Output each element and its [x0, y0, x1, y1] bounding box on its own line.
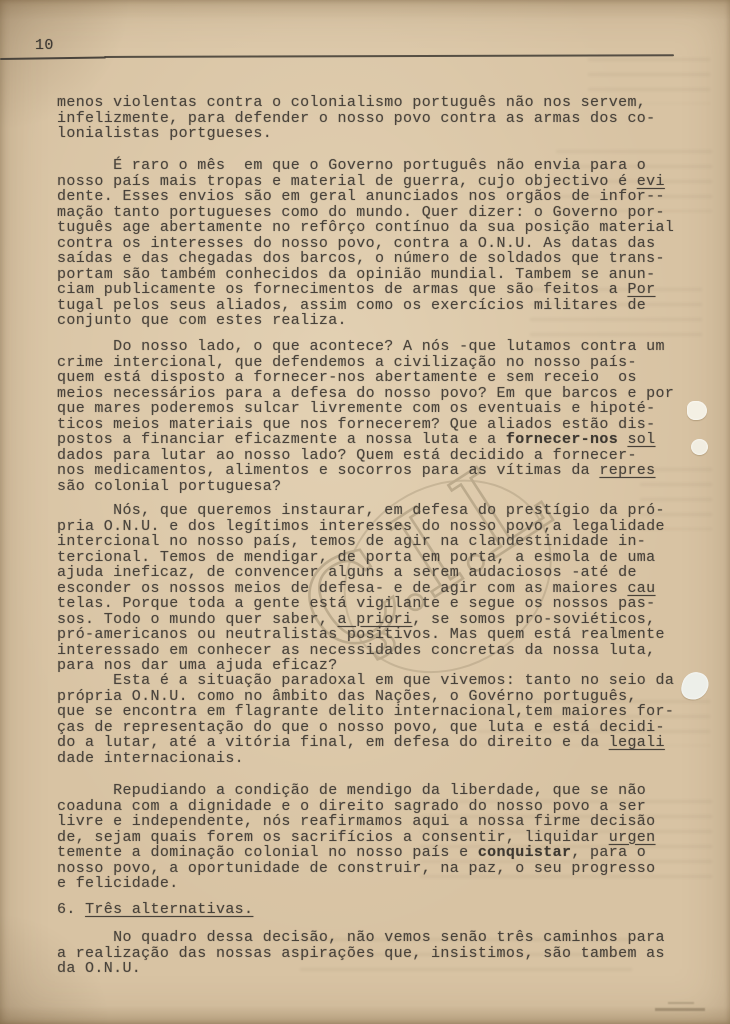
paragraph: menos violentas contra o colonialismo po… [57, 95, 656, 142]
paragraph: Do nosso lado, o que acontece? A nós -qu… [57, 339, 674, 494]
text-segment: quem está disposto a fornecer-nos aberta… [57, 369, 637, 386]
text-segment: Esta é a situação paradoxal em que vivem… [57, 672, 674, 689]
text-line: meios necessários para a defesa do nosso… [57, 386, 674, 402]
text-line: menos violentas contra o colonialismo po… [57, 95, 656, 111]
text-line: coaduna com a dignidade e o direito sagr… [57, 799, 656, 815]
text-line: livre e independente, nós reafirmamos aq… [57, 814, 656, 830]
text-segment: , para o [571, 844, 646, 861]
text-line: nosso povo, a oportunidade de construir,… [57, 861, 656, 877]
text-line: que mares poderemos sulcar livremente co… [57, 401, 674, 417]
text-segment: nosso povo, a oportunidade de construir,… [57, 860, 656, 877]
punched-hole [691, 439, 708, 455]
text-line: ticos meios materiais que nos fornecerem… [57, 417, 674, 433]
text-line: tugal pelos seus aliados, assim como os … [57, 298, 674, 314]
page-number: 10 [35, 37, 54, 54]
text-line: da O.N.U. [57, 961, 665, 977]
text-segment: sos. Todo o mundo quer saber, [57, 611, 338, 628]
text-line: Esta é a situação paradoxal em que vivem… [57, 673, 674, 689]
text-segment: pró-americanos ou neutralistas positivos… [57, 626, 665, 643]
text-segment: , se somos pro-soviéticos, [412, 611, 655, 628]
text-line: ças de representação do que o nosso povo… [57, 720, 674, 736]
text-segment: tuguês age abertamente no refôrço contín… [57, 219, 674, 236]
text-line: pró-americanos ou neutralistas positivos… [57, 627, 665, 643]
text-segment: ticos meios materiais que nos fornecerem… [57, 416, 656, 433]
paper-blemish [679, 669, 711, 702]
text-segment: livre e independente, nós reafirmamos aq… [57, 813, 656, 830]
text-line: mação tanto portugueses como do mundo. Q… [57, 205, 674, 221]
text-line: de, sejam quais forem os sacrifícios a c… [57, 830, 656, 846]
text-line: Nós, que queremos instaurar, em defesa d… [57, 503, 665, 519]
text-line: dados para lutar ao nosso lado? Quem est… [57, 448, 674, 464]
text-segment: dade internacionais. [57, 750, 244, 767]
text-line: portam são também conhecidos da opinião … [57, 267, 674, 283]
text-segment: da O.N.U. [57, 960, 141, 977]
text-segment: Do nosso lado, o que acontece? A nós -qu… [57, 338, 665, 355]
text-segment: Por [627, 281, 655, 298]
ink-smudge [668, 1002, 694, 1004]
text-segment: intercional no nosso país, temos de agir… [57, 533, 646, 550]
text-line: esconder os nossos meios de defesa- e de… [57, 581, 665, 597]
ink-smudge [655, 1008, 705, 1011]
text-line: 6. Três alternativas. [57, 902, 253, 918]
text-line: nos medicamentos, alimentos e socorros p… [57, 463, 674, 479]
text-line: Repudiando a condição de mendigo da libe… [57, 783, 656, 799]
text-segment: do a lutar, até a vitória final, em defe… [57, 734, 609, 751]
text-segment: própria O.N.U. como no âmbito das Nações… [57, 688, 637, 705]
paragraph: No quadro dessa decisão, não vemos senão… [57, 930, 665, 977]
text-segment: de, sejam quais forem os sacrifícios a c… [57, 829, 609, 846]
text-segment: são colonial portuguesa? [57, 478, 281, 495]
text-segment: cau [627, 580, 655, 597]
text-segment: Nós, que queremos instaurar, em defesa d… [57, 502, 665, 519]
scanned-document-page: 10 Ç.I.L menos violentas contra o coloni… [0, 0, 730, 1024]
text-line: nosso país mais tropas e material de gue… [57, 174, 674, 190]
text-segment: nos medicamentos, alimentos e socorros p… [57, 462, 599, 479]
text-line: temente a dominação colonial no nosso pa… [57, 845, 656, 861]
text-segment: infelizmente, para defender o nosso povo… [57, 110, 656, 127]
paragraph: É raro o mês em que o Governo português … [57, 158, 674, 329]
text-segment: 6. [57, 901, 85, 918]
text-segment: nosso país mais tropas e material de gue… [57, 173, 637, 190]
text-line: crime intercional, que defendemos a civi… [57, 355, 674, 371]
text-segment: a realização das nossas aspirações que, … [57, 945, 665, 962]
text-segment: portam são também conhecidos da opinião … [57, 266, 656, 283]
text-segment: ciam publicamente os fornecimentos de ar… [57, 281, 627, 298]
punched-hole [687, 401, 707, 420]
text-line: sos. Todo o mundo quer saber, a priori, … [57, 612, 665, 628]
text-segment: ajuda ineficaz, de convencer alguns a se… [57, 564, 637, 581]
text-line: dade internacionais. [57, 751, 674, 767]
text-line: contra os interesses do nosso povo, cont… [57, 236, 674, 252]
text-segment: meios necessários para a defesa do nosso… [57, 385, 674, 402]
text-segment: ças de representação do que o nosso povo… [57, 719, 665, 736]
text-segment: evi [637, 173, 665, 190]
text-segment: contra os interesses do nosso povo, cont… [57, 235, 656, 252]
text-segment: temente a dominação colonial no nosso pa… [57, 844, 478, 861]
text-segment: menos violentas contra o colonialismo po… [57, 94, 646, 111]
text-segment: repres [599, 462, 655, 479]
text-line: interessado em conhecer as necessidades … [57, 643, 665, 659]
text-line: a realização das nossas aspirações que, … [57, 946, 665, 962]
text-segment: É raro o mês em que o Governo português … [57, 157, 646, 174]
text-segment: conquistar [478, 844, 572, 861]
text-segment: conjunto que com estes realiza. [57, 312, 347, 329]
text-segment: saídas e das chegadas dos barcos, o núme… [57, 250, 665, 267]
text-line: própria O.N.U. como no âmbito das Nações… [57, 689, 674, 705]
text-line: saídas e das chegadas dos barcos, o núme… [57, 251, 674, 267]
text-line: telas. Porque toda a gente está vigilant… [57, 596, 665, 612]
text-segment: Três alternativas. [85, 901, 253, 918]
text-segment: postos a financiar eficazmente a nossa l… [57, 431, 506, 448]
text-line: que se encontra em flagrante delito inte… [57, 704, 674, 720]
text-line: É raro o mês em que o Governo português … [57, 158, 674, 174]
paragraph: Esta é a situação paradoxal em que vivem… [57, 673, 674, 766]
text-segment: e felicidade. [57, 875, 179, 892]
text-segment: lonialistas portgueses. [57, 125, 272, 142]
text-segment: a priori [338, 611, 413, 628]
text-line: ciam publicamente os fornecimentos de ar… [57, 282, 674, 298]
text-line: pria O.N.U. e dos legítimos interesses d… [57, 519, 665, 535]
text-segment: fornecer-nos [506, 431, 618, 448]
text-segment: que se encontra em flagrante delito inte… [57, 703, 674, 720]
text-line: infelizmente, para defender o nosso povo… [57, 111, 656, 127]
text-line: postos a financiar eficazmente a nossa l… [57, 432, 674, 448]
text-segment: que mares poderemos sulcar livremente co… [57, 400, 656, 417]
text-segment: dados para lutar ao nosso lado? Quem est… [57, 447, 637, 464]
text-segment: telas. Porque toda a gente está vigilant… [57, 595, 656, 612]
text-line: lonialistas portgueses. [57, 126, 656, 142]
text-line: tercional. Temos de mendigar, de porta e… [57, 550, 665, 566]
text-line: intercional no nosso país, temos de agir… [57, 534, 665, 550]
text-line: dente. Esses envios são em geral anuncia… [57, 189, 674, 205]
text-line: conjunto que com estes realiza. [57, 313, 674, 329]
text-segment: tercional. Temos de mendigar, de porta e… [57, 549, 656, 566]
text-segment: coaduna com a dignidade e o direito sagr… [57, 798, 646, 815]
text-line: do a lutar, até a vitória final, em defe… [57, 735, 674, 751]
text-segment: esconder os nossos meios de defesa- e de… [57, 580, 627, 597]
text-segment: pria O.N.U. e dos legítimos interesses d… [57, 518, 665, 535]
text-line: ajuda ineficaz, de convencer alguns a se… [57, 565, 665, 581]
text-segment: tugal pelos seus aliados, assim como os … [57, 297, 646, 314]
text-segment: crime intercional, que defendemos a civi… [57, 354, 637, 371]
text-segment: dente. Esses envios são em geral anuncia… [57, 188, 665, 205]
text-segment: sol [627, 431, 655, 448]
text-line: e felicidade. [57, 876, 656, 892]
text-line: Do nosso lado, o que acontece? A nós -qu… [57, 339, 674, 355]
paragraph: Repudiando a condição de mendigo da libe… [57, 783, 656, 892]
section-heading: 6. Três alternativas. [57, 902, 253, 918]
paragraph: Nós, que queremos instaurar, em defesa d… [57, 503, 665, 674]
text-segment: urgen [609, 829, 656, 846]
header-rule [104, 54, 674, 58]
text-segment: Repudiando a condição de mendigo da libe… [57, 782, 646, 799]
text-line: tuguês age abertamente no refôrço contín… [57, 220, 674, 236]
header-rule [0, 57, 106, 60]
text-segment: mação tanto portugueses como do mundo. Q… [57, 204, 665, 221]
text-line: são colonial portuguesa? [57, 479, 674, 495]
text-segment: legali [609, 734, 665, 751]
text-line: quem está disposto a fornecer-nos aberta… [57, 370, 674, 386]
text-line: No quadro dessa decisão, não vemos senão… [57, 930, 665, 946]
text-segment: interessado em conhecer as necessidades … [57, 642, 656, 659]
text-segment: No quadro dessa decisão, não vemos senão… [57, 929, 665, 946]
